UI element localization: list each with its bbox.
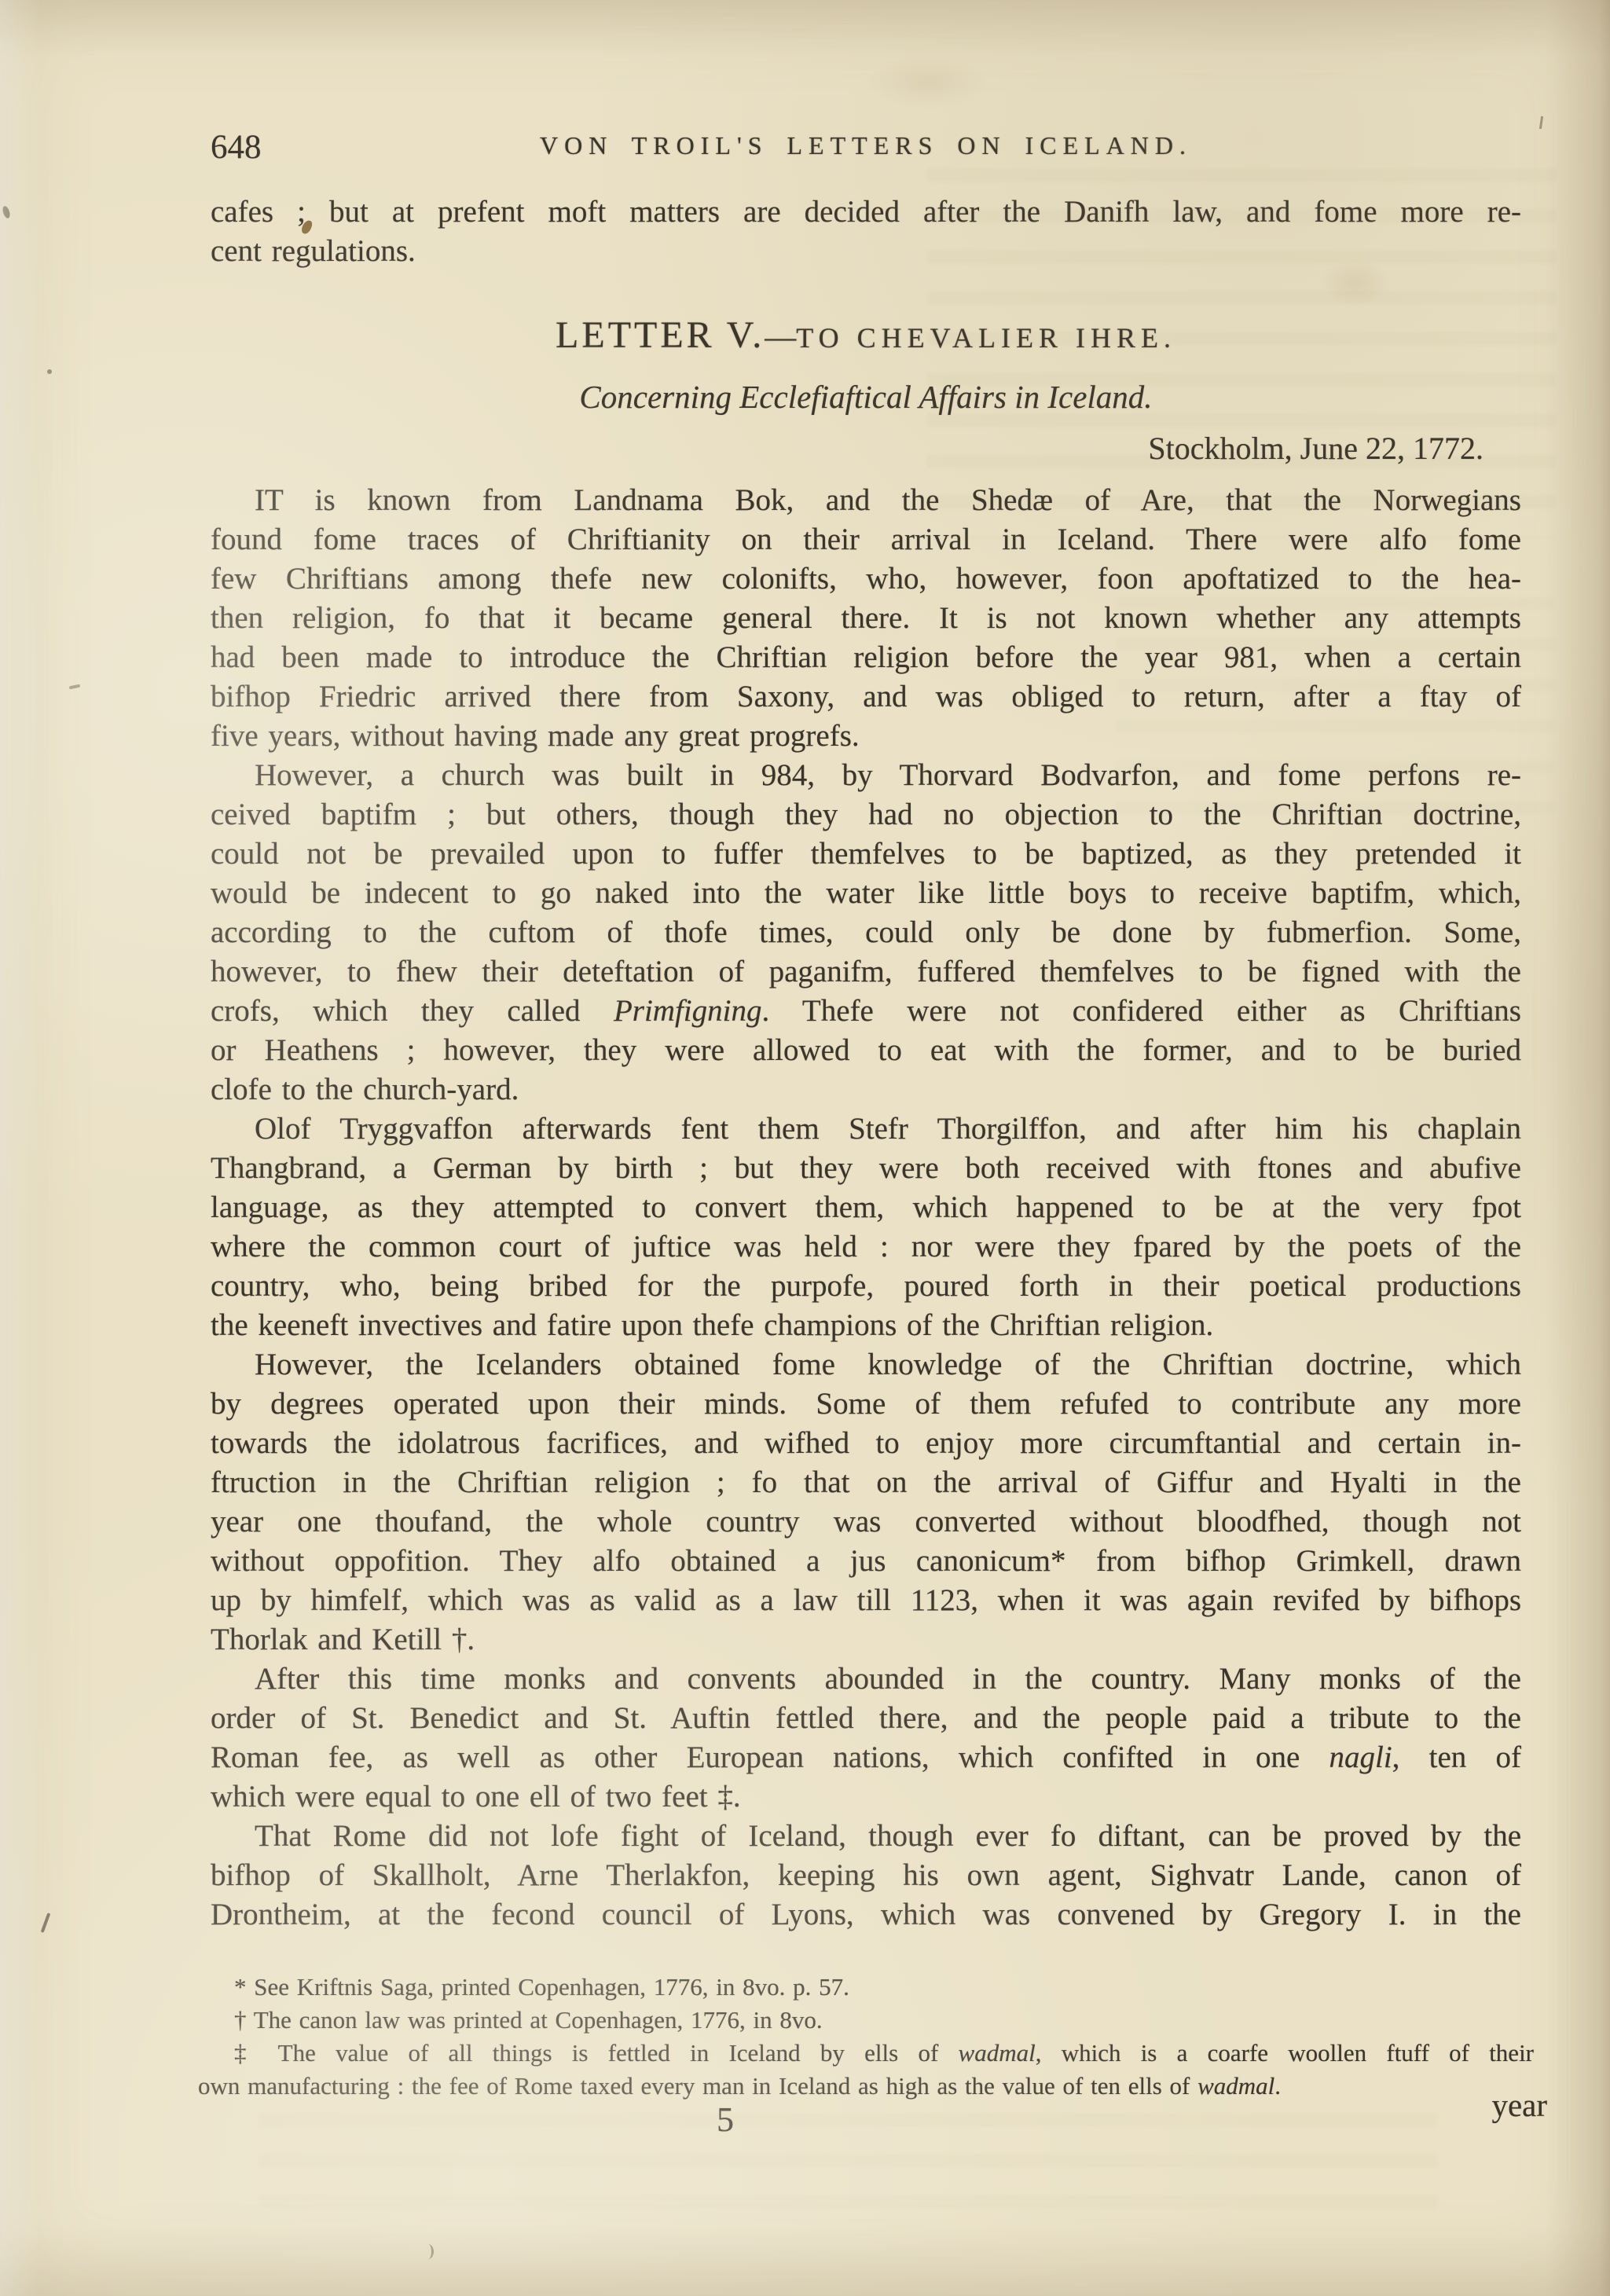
paper-fleck [47,369,52,374]
text-line: up by himfelf, which was as valid as a l… [211,1581,1521,1620]
catchword: year [1491,2086,1547,2124]
text-line: Roman fee, as well as other European nat… [211,1738,1521,1777]
paper-fleck [2,205,12,219]
paper-fleck [423,2244,434,2259]
text-line: order of St. Benedict and St. Auftin fet… [211,1699,1521,1738]
text-line: bifhop Friedric arrived there from Saxon… [211,677,1521,717]
paper-stain [864,55,990,110]
paragraph: Olof Tryggvaffon afterwards fent them St… [211,1109,1521,1345]
text-line: which were equal to one ell of two feet … [211,1777,1521,1817]
text-line: without oppofition. They alfo obtained a… [211,1542,1521,1581]
text-line: † The canon law was printed at Copenhage… [198,2004,1534,2037]
text-line: few Chriftians among thefe new colonifts… [211,559,1521,599]
text-line: would be indecent to go naked into the w… [211,874,1521,913]
text-line: language, as they attempted to convert t… [211,1188,1521,1227]
text-line: Olof Tryggvaffon afterwards fent them St… [211,1109,1521,1149]
text-line: the keeneft invectives and fatire upon t… [211,1306,1521,1345]
paper-fleck [1539,116,1543,129]
text-line: five years, without having made any grea… [211,717,1521,756]
text-line: could not be prevailed upon to fuffer th… [211,834,1521,874]
text-line: However, the Icelanders obtained fome kn… [211,1345,1521,1385]
text-line: However, a church was built in 984, by T… [211,756,1521,795]
text-line: year one thoufand, the whole country was… [211,1502,1521,1542]
text-line: by degrees operated upon their minds. So… [211,1385,1521,1424]
running-title: VON TROIL'S LETTERS ON ICELAND. [211,131,1521,160]
paragraph: However, a church was built in 984, by T… [211,756,1521,1109]
paragraph: † The canon law was printed at Copenhage… [198,2004,1534,2037]
paragraph: However, the Icelanders obtained fome kn… [211,1345,1521,1660]
letter-dateline: Stockholm, June 22, 1772. [211,429,1521,468]
paragraph: After this time monks and convents aboun… [211,1660,1521,1817]
text-line: clofe to the church-yard. [211,1070,1521,1109]
text-column: cafes ; but at prefent moft matters are … [211,193,1521,2103]
text-line: Thorlak and Ketill †. [211,1620,1521,1660]
paragraph: That Rome did not lofe fight of Iceland,… [211,1817,1521,1935]
paragraph: ‡ The value of all things is fettled in … [198,2037,1534,2103]
text-line: crofs, which they called Primfigning. Th… [211,992,1521,1031]
text-line: or Heathens ; however, they were allowed… [211,1031,1521,1070]
text-line: IT is known from Landnama Bok, and the S… [211,481,1521,520]
signature-mark: 5 [717,2100,734,2140]
footnotes: * See Kriftnis Saga, printed Copenhagen,… [198,1971,1534,2103]
body-paragraphs: IT is known from Landnama Bok, and the S… [211,481,1521,1935]
verso-show-through [259,2114,1438,2232]
text-line: cent regulations. [211,232,1521,271]
text-line: That Rome did not lofe fight of Iceland,… [211,1817,1521,1856]
text-line: had been made to introduce the Chriftian… [211,638,1521,677]
text-line: own manufacturing : the fee of Rome taxe… [198,2070,1534,2103]
letter-heading-addressee: TO CHEVALIER IHRE. [796,322,1176,354]
intro-paragraph-container: cafes ; but at prefent moft matters are … [211,193,1521,271]
paragraph: IT is known from Landnama Bok, and the S… [211,481,1521,756]
text-line: Thangbrand, a German by birth ; but they… [211,1149,1521,1188]
text-line: * See Kriftnis Saga, printed Copenhagen,… [198,1971,1534,2004]
text-line: bifhop of Skallholt, Arne Therlakfon, ke… [211,1856,1521,1895]
text-line: ‡ The value of all things is fettled in … [198,2037,1534,2070]
letter-subtitle: Concerning Ecclefiaftical Affairs in Ice… [211,377,1521,416]
text-line: according to the cuftom of thofe times, … [211,913,1521,952]
scanned-book-page: 648 VON TROIL'S LETTERS ON ICELAND. cafe… [0,0,1610,2296]
text-line: ftruction in the Chriftian religion ; fo… [211,1463,1521,1502]
paper-fleck [69,684,81,690]
text-line: Drontheim, at the fecond council of Lyon… [211,1895,1521,1935]
letter-heading-main: LETTER V. [556,314,765,356]
text-line: country, who, being bribed for the purpo… [211,1267,1521,1306]
letter-heading-dash: — [765,319,796,354]
paragraph: cafes ; but at prefent moft matters are … [211,193,1521,271]
text-line: towards the idolatrous facrifices, and w… [211,1424,1521,1463]
text-line: After this time monks and convents aboun… [211,1660,1521,1699]
paper-fleck [41,1913,51,1933]
text-line: ceived baptifm ; but others, though they… [211,795,1521,834]
text-line: found fome traces of Chriftianity on the… [211,520,1521,559]
text-line: then religion, fo that it became general… [211,599,1521,638]
letter-heading: LETTER V.—TO CHEVALIER IHRE. [211,314,1521,357]
paragraph: * See Kriftnis Saga, printed Copenhagen,… [198,1971,1534,2004]
text-line: however, to fhew their deteftation of pa… [211,952,1521,992]
text-line: where the common court of juftice was he… [211,1227,1521,1267]
text-line: cafes ; but at prefent moft matters are … [211,193,1521,232]
